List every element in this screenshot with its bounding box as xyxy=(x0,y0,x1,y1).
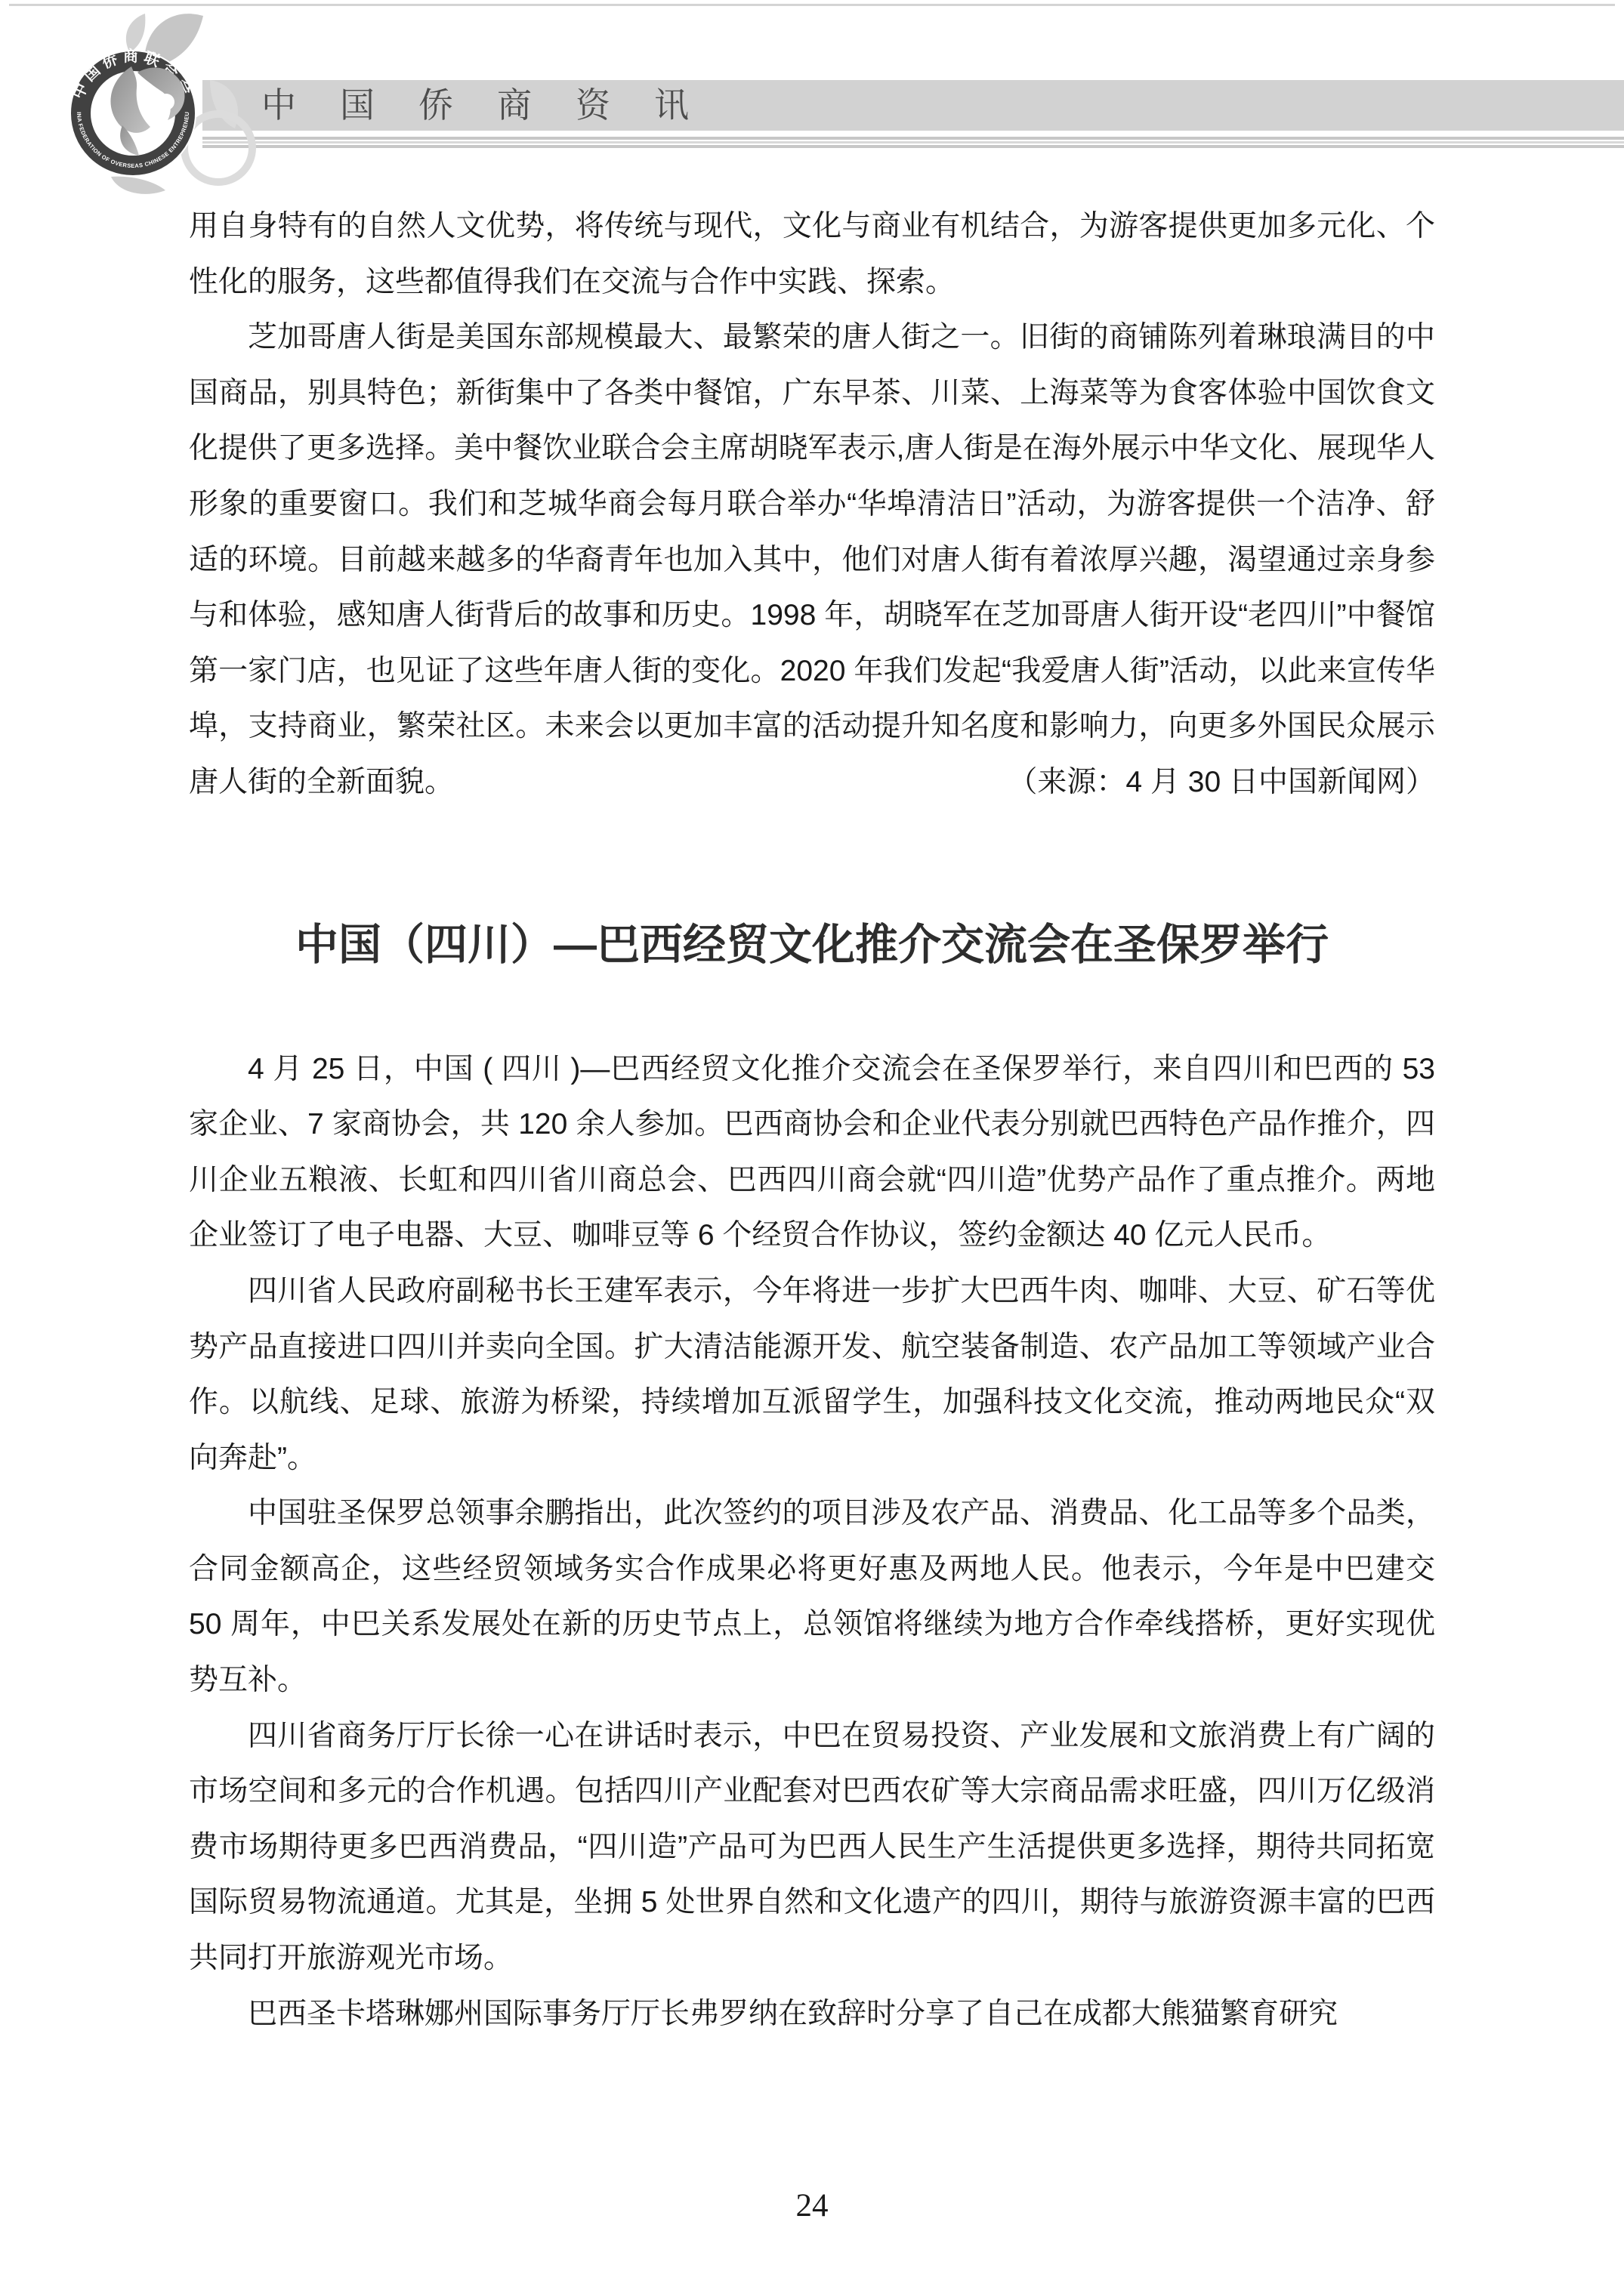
page-content: 用自身特有的自然人文优势，将传统与现代，文化与商业有机结合，为游客提供更加多元化… xyxy=(189,199,1435,2041)
paragraph: 用自身特有的自然人文优势，将传统与现代，文化与商业有机结合，为游客提供更加多元化… xyxy=(189,199,1435,310)
paragraph: 四川省商务厅厅长徐一心在讲话时表示，中巴在贸易投资、产业发展和文旅消费上有广阔的… xyxy=(189,1708,1435,1986)
paragraph: 四川省人民政府副秘书长王建军表示，今年将进一步扩大巴西牛肉、咖啡、大豆、矿石等优… xyxy=(189,1264,1435,1486)
paragraph: 4 月 25 日，中国 ( 四川 )—巴西经贸文化推介交流会在圣保罗举行，来自四… xyxy=(189,1042,1435,1264)
paragraph: 巴西圣卡塔琳娜州国际事务厅厅长弗罗纳在致辞时分享了自己在成都大熊猫繁育研究 xyxy=(189,1986,1435,2042)
logo-emblem-icon: 中国侨商联合会 CHINA FEDERATION OF OVERSEAS CHI… xyxy=(39,6,266,196)
paragraph: 芝加哥唐人街是美国东部规模最大、最繁荣的唐人街之一。旧街的商铺陈列着琳琅满目的中… xyxy=(189,310,1435,810)
page-number: 24 xyxy=(0,2187,1624,2224)
header-banner: 中国侨商资讯 xyxy=(202,80,1624,131)
article-title: 中国（四川）—巴西经贸文化推介交流会在圣保罗举行 xyxy=(189,916,1435,974)
paragraph: 中国驻圣保罗总领事余鹏指出，此次签约的项目涉及农产品、消费品、化工品等多个品类，… xyxy=(189,1486,1435,1708)
source-citation: （来源：4 月 30 日中国新闻网） xyxy=(949,755,1435,810)
magazine-page: 中国侨商资讯 中国侨商联合会 xyxy=(0,0,1624,2293)
federation-logo: 中国侨商联合会 CHINA FEDERATION OF OVERSEAS CHI… xyxy=(39,6,266,196)
header-banner-title: 中国侨商资讯 xyxy=(261,87,733,123)
paragraph-text: 芝加哥唐人街是美国东部规模最大、最繁荣的唐人街之一。旧街的商铺陈列着琳琅满目的中… xyxy=(189,321,1435,798)
article-chinatown: 用自身特有的自然人文优势，将传统与现代，文化与商业有机结合，为游客提供更加多元化… xyxy=(189,199,1435,810)
header-stripes xyxy=(202,137,1624,148)
article-sichuan-brazil: 4 月 25 日，中国 ( 四川 )—巴西经贸文化推介交流会在圣保罗举行，来自四… xyxy=(189,1042,1435,2042)
